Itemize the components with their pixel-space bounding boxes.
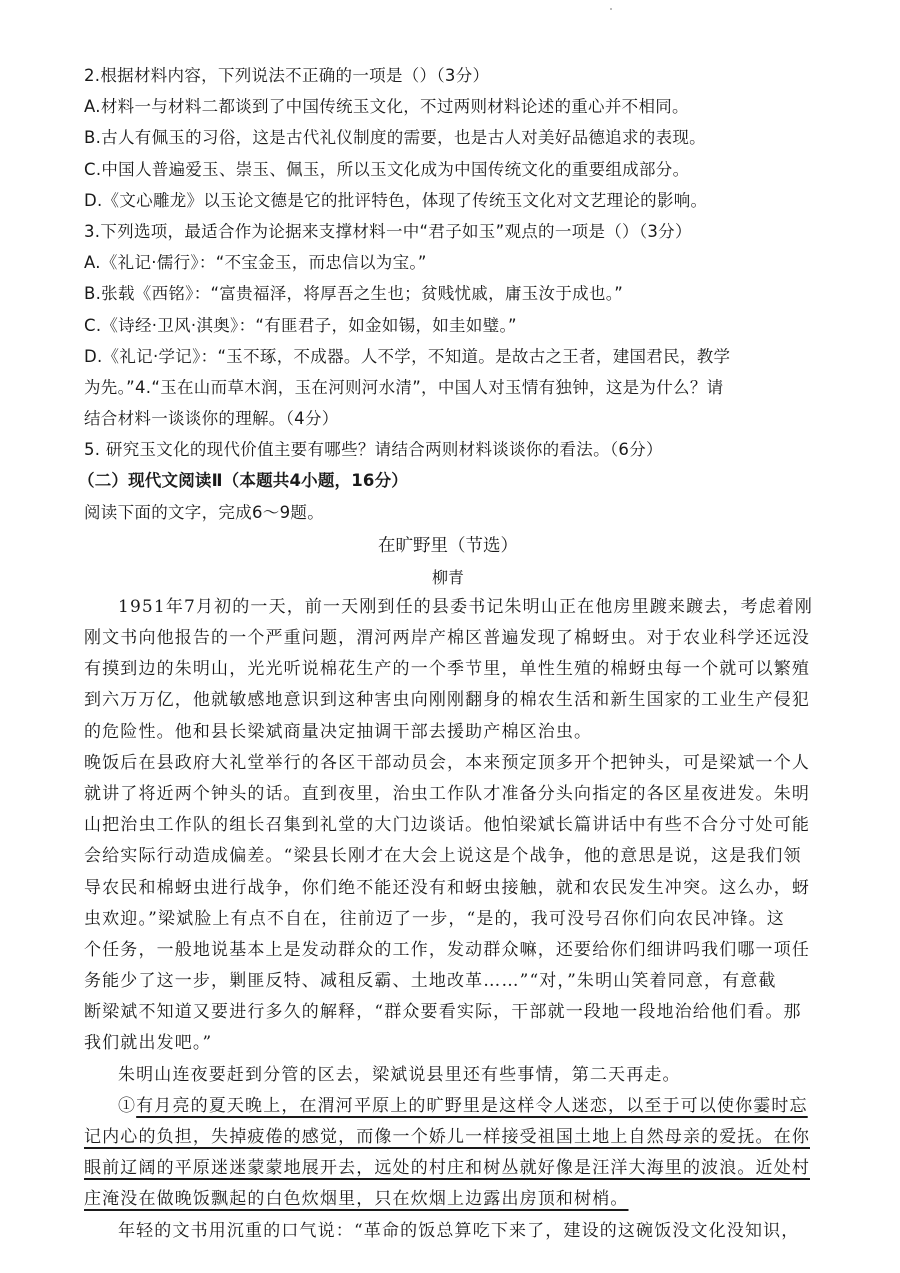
passage-text: 个任务，一般地说基本上是发动群众的工作，发动群众嘛，还要给你们细讲吗我们哪一项任 [84,940,810,960]
section-instruction: 阅读下面的文字，完成6～9题。 [84,497,812,528]
circled-number-marker: ① [118,1096,136,1116]
passage-paragraph: 年轻的文书用沉重的口气说：“革命的饭总算吃下来了，建设的这碗饭没文化没知识， [84,1216,812,1247]
question-3-option-a: A.《礼记·儒行》：“不宝金玉，而忠信以为宝。” [84,247,812,278]
passage-text: 1951年7月初的一天，前一天刚到任的县委书记朱明山正在他房里踱来踱去，考虑着刚 [118,597,813,617]
passage-body: 1951年7月初的一天，前一天刚到任的县委书记朱明山正在他房里踱来踱去，考虑着刚… [84,592,812,1247]
exam-page: 2.根据材料内容，下列说法不正确的一项是（）（3分） A.材料一与材料二都谈到了… [84,60,812,1247]
passage-text: 晚饭后在县政府大礼堂举行的各区干部动员会，本来预定顶多开个把钟头，可是梁斌一个人 [84,753,810,773]
question-3-option-d: D.《礼记·学记》：“玉不琢，不成器。人不学，不知道。是故古之王者，建国君民，教… [84,341,812,372]
passage-text: 刚文书向他报告的一个严重问题，渭河两岸产棉区普遍发现了棉蚜虫。对于农业科学还远没 [84,628,810,648]
scan-speck [610,8,612,10]
question-2-option-c: C.中国人普遍爱玉、崇玉、佩玉，所以玉文化成为中国传统文化的重要组成部分。 [84,154,812,185]
passage-paragraph: 朱明山连夜要赶到分管的区去，梁斌说县里还有些事情，第二天再走。 [84,1060,812,1091]
question-4-continuation-line-2: 结合材料一谈谈你的理解。（4分） [84,403,812,434]
passage-text: 的危险性。他和县长梁斌商量决定抽调干部去援助产棉区治虫。 [84,722,592,742]
passage-line: 我们就出发吧。” [84,1028,812,1059]
passage-line: 务能少了这一步，剿匪反特、减租反霸、土地改革……”“对，”朱明山笑着同意，有意截 [84,966,812,997]
underlined-text: 有月亮的夏天晚上，在渭河平原上的旷野里是这样令人迷恋，以至于可以使你霎时忘 [136,1096,808,1116]
question-3-option-c: C.《诗经·卫风·淇奥》：“有匪君子，如金如锡，如圭如璧。” [84,310,812,341]
passage-line: 山把治虫工作队的组长召集到礼堂的大门边谈话。他怕梁斌长篇讲话中有些不合分寸处可能 [84,810,812,841]
passage-paragraph: 晚饭后在县政府大礼堂举行的各区干部动员会，本来预定顶多开个把钟头，可是梁斌一个人… [84,748,812,1060]
passage-line: 刚文书向他报告的一个严重问题，渭河两岸产棉区普遍发现了棉蚜虫。对于农业科学还远没 [84,623,812,654]
underlined-text: 庄淹没在做晚饭飘起的白色炊烟里，只在炊烟上边露出房顶和树梢。 [84,1189,629,1209]
passage-text: 朱明山连夜要赶到分管的区去，梁斌说县里还有些事情，第二天再走。 [118,1065,681,1085]
passage-text: 山把治虫工作队的组长召集到礼堂的大门边谈话。他怕梁斌长篇讲话中有些不合分寸处可能 [84,815,810,835]
passage-line: 眼前辽阔的平原迷迷蒙蒙地展开去，远处的村庄和树丛就好像是汪洋大海里的波浪。近处村 [84,1153,812,1184]
passage-text: 导农民和棉蚜虫进行战争，你们绝不能还没有和蚜虫接触，就和农民发生冲突。这么办，蚜 [84,878,810,898]
question-2-option-a: A.材料一与材料二都谈到了中国传统玉文化，不过两则材料论述的重心并不相同。 [84,91,812,122]
passage-title: 在旷野里（节选） [84,528,812,564]
question-3-option-b: B.张载《西铭》：“富贵福泽，将厚吾之生也；贫贱忧戚，庸玉汝于成也。” [84,278,812,309]
passage-line: 年轻的文书用沉重的口气说：“革命的饭总算吃下来了，建设的这碗饭没文化没知识， [84,1216,812,1247]
underlined-text: 记内心的负担，失掉疲倦的感觉，而像一个娇儿一样接受祖国土地上自然母亲的爱抚。在你 [84,1127,810,1147]
passage-text: 会给实际行动造成偏差。“梁县长刚才在大会上说这是个战争，他的意思是说，这是我们领 [84,846,802,866]
passage-line: 记内心的负担，失掉疲倦的感觉，而像一个娇儿一样接受祖国土地上自然母亲的爱抚。在你 [84,1122,812,1153]
question-2-option-b: B.古人有佩玉的习俗，这是古代礼仪制度的需要，也是古人对美好品德追求的表现。 [84,122,812,153]
passage-paragraph: ①有月亮的夏天晚上，在渭河平原上的旷野里是这样令人迷恋，以至于可以使你霎时忘记内… [84,1091,812,1216]
passage-line: 到六万万亿，他就敏感地意识到这种害虫向刚刚翻身的棉农生活和新生国家的工业生产侵犯 [84,685,812,716]
passage-line: 有摸到边的朱明山，光光听说棉花生产的一个季节里，单性生殖的棉蚜虫每一个就可以繁殖 [84,654,812,685]
passage-line: 庄淹没在做晚饭飘起的白色炊烟里，只在炊烟上边露出房顶和树梢。 [84,1184,812,1215]
question-2: 2.根据材料内容，下列说法不正确的一项是（）（3分） A.材料一与材料二都谈到了… [84,60,812,216]
passage-line: 1951年7月初的一天，前一天刚到任的县委书记朱明山正在他房里踱来踱去，考虑着刚 [84,592,812,623]
question-5: 5. 研究玉文化的现代价值主要有哪些？请结合两则材料谈谈你的看法。（6分） [84,434,812,465]
question-2-option-d: D.《文心雕龙》以玉论文德是它的批评特色，体现了传统玉文化对文艺理论的影响。 [84,185,812,216]
passage-line: 的危险性。他和县长梁斌商量决定抽调干部去援助产棉区治虫。 [84,717,812,748]
passage-line: 会给实际行动造成偏差。“梁县长刚才在大会上说这是个战争，他的意思是说，这是我们领 [84,841,812,872]
passage-text: 有摸到边的朱明山，光光听说棉花生产的一个季节里，单性生殖的棉蚜虫每一个就可以繁殖 [84,659,810,679]
section-heading: （二）现代文阅读Ⅱ（本题共4小题，16分） [78,465,812,496]
passage-text: 到六万万亿，他就敏感地意识到这种害虫向刚刚翻身的棉农生活和新生国家的工业生产侵犯 [84,690,810,710]
passage-paragraph: 1951年7月初的一天，前一天刚到任的县委书记朱明山正在他房里踱来踱去，考虑着刚… [84,592,812,748]
passage-text: 我们就出发吧。” [84,1033,212,1053]
underlined-text: 眼前辽阔的平原迷迷蒙蒙地展开去，远处的村庄和树丛就好像是汪洋大海里的波浪。近处村 [84,1158,810,1178]
passage-text: 就讲了将近两个钟头的话。直到夜里，治虫工作队才准备分头向指定的各区星夜进发。朱明 [84,784,810,804]
passage-text: 断梁斌不知道又要进行多久的解释，“群众要看实际，干部就一段地一段地治给他们看。那 [84,1002,802,1022]
passage-line: 朱明山连夜要赶到分管的区去，梁斌说县里还有些事情，第二天再走。 [84,1060,812,1091]
passage-line: ①有月亮的夏天晚上，在渭河平原上的旷野里是这样令人迷恋，以至于可以使你霎时忘 [84,1091,812,1122]
passage-line: 虫欢迎。”梁斌脸上有点不自在，往前迈了一步，“是的，我可没号召你们向农民冲锋。这 [84,904,812,935]
passage-text: 年轻的文书用沉重的口气说：“革命的饭总算吃下来了，建设的这碗饭没文化没知识， [118,1221,799,1241]
question-3-4-continuation-line-1: 为先。”4.“玉在山而草木润，玉在河则河水清”，中国人对玉情有独钟，这是为什么？… [84,372,812,403]
passage-line: 个任务，一般地说基本上是发动群众的工作，发动群众嘛，还要给你们细讲吗我们哪一项任 [84,935,812,966]
passage-line: 断梁斌不知道又要进行多久的解释，“群众要看实际，干部就一段地一段地治给他们看。那 [84,997,812,1028]
question-3-stem: 3.下列选项，最适合作为论据来支撑材料一中“君子如玉”观点的一项是（）（3分） [84,216,812,247]
passage-line: 导农民和棉蚜虫进行战争，你们绝不能还没有和蚜虫接触，就和农民发生冲突。这么办，蚜 [84,873,812,904]
passage-author: 柳青 [84,564,812,592]
question-2-stem: 2.根据材料内容，下列说法不正确的一项是（）（3分） [84,60,812,91]
passage-text: 务能少了这一步，剿匪反特、减租反霸、土地改革……”“对，”朱明山笑着同意，有意截 [84,971,777,991]
passage-text: 虫欢迎。”梁斌脸上有点不自在，往前迈了一步，“是的，我可没号召你们向农民冲锋。这 [84,909,785,929]
passage-line: 晚饭后在县政府大礼堂举行的各区干部动员会，本来预定顶多开个把钟头，可是梁斌一个人 [84,748,812,779]
passage-line: 就讲了将近两个钟头的话。直到夜里，治虫工作队才准备分头向指定的各区星夜进发。朱明 [84,779,812,810]
question-3: 3.下列选项，最适合作为论据来支撑材料一中“君子如玉”观点的一项是（）（3分） … [84,216,812,434]
